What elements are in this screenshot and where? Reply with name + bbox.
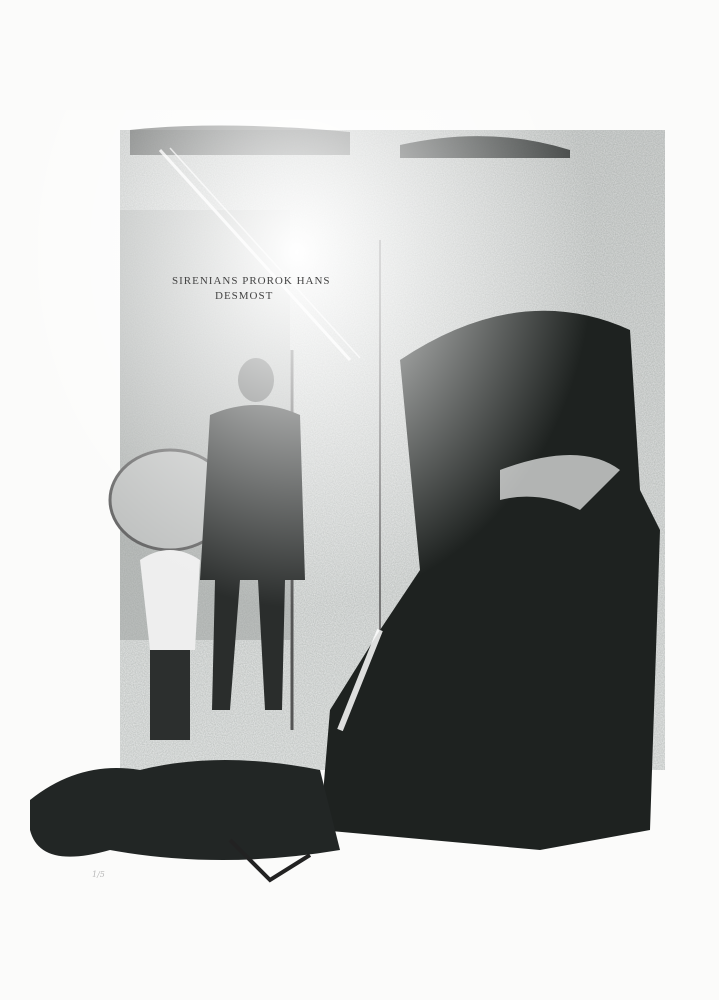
poster-sign-line1: SIRENIANS PROROK HANS (172, 275, 331, 287)
edition-number: 1/5 (92, 870, 105, 879)
print-image: SIRENIANS PROROK HANS DESMOST (20, 110, 680, 900)
poster-sign-line2: DESMOST (215, 290, 273, 302)
